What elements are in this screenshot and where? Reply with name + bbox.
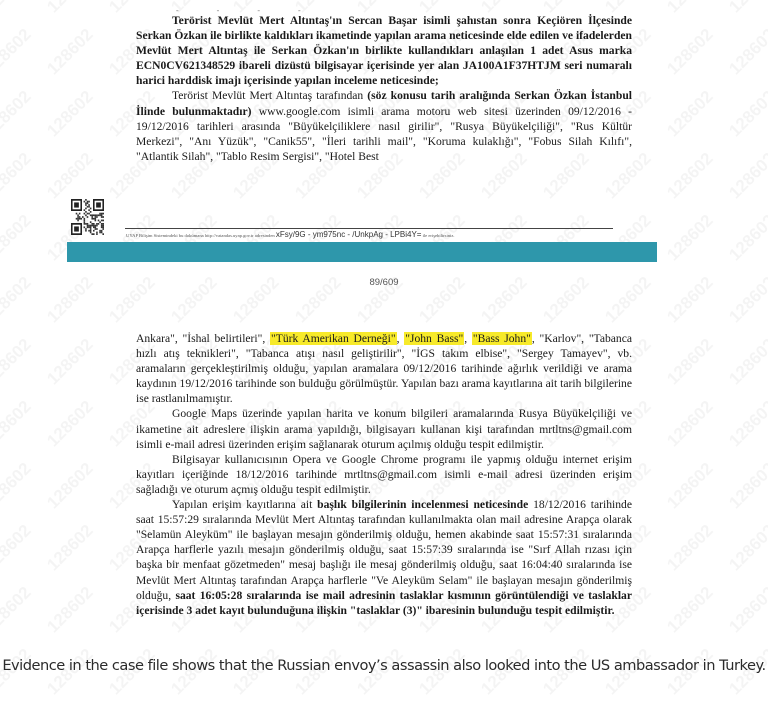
highlighted-search-term: "Türk Amerikan Derneği" [270,332,397,345]
document-paragraph: Yapılan erişim kayıtlarına ait başlık bi… [136,497,632,618]
document-paragraph: Bilgisayar kullanıcısının Opera ve Googl… [136,452,632,497]
verification-suffix: ile erişebilirsiniz. [423,233,455,238]
document-paragraph: Terörist Mevlüt Mert Altıntaş tarafından… [136,88,632,163]
page-number: 89/609 [0,277,768,288]
document-paragraph: Google Maps üzerinde yapılan harita ve k… [136,406,632,451]
document-paragraph: Terörist Mevlüt Mert Altıntaş'ın Sercan … [136,13,632,88]
document-page-bottom: Ankara", "İshal belirtileri", "Türk Amer… [136,331,632,618]
footer-divider [125,228,613,229]
document-page-top: Terörist Mevlüt Mert Altıntaş'ın Sercan … [136,13,632,164]
verification-text: UYAP Bilişim Sistemindeki bu dokümana ht… [126,233,275,238]
verification-code: xFsy/9G - ym975nc - /UnkpAg - LPBi4Y= [276,230,422,239]
page-break-bar [67,242,657,262]
verification-footer: UYAP Bilişim Sistemindeki bu dokümana ht… [126,231,616,240]
document-paragraph: Ankara", "İshal belirtileri", "Türk Amer… [136,331,632,406]
qr-code-icon [71,199,104,235]
highlighted-search-term: "John Bass" [404,332,464,345]
highlighted-search-term: "Bass John" [472,332,532,345]
image-caption: Evidence in the case file shows that the… [0,654,768,678]
